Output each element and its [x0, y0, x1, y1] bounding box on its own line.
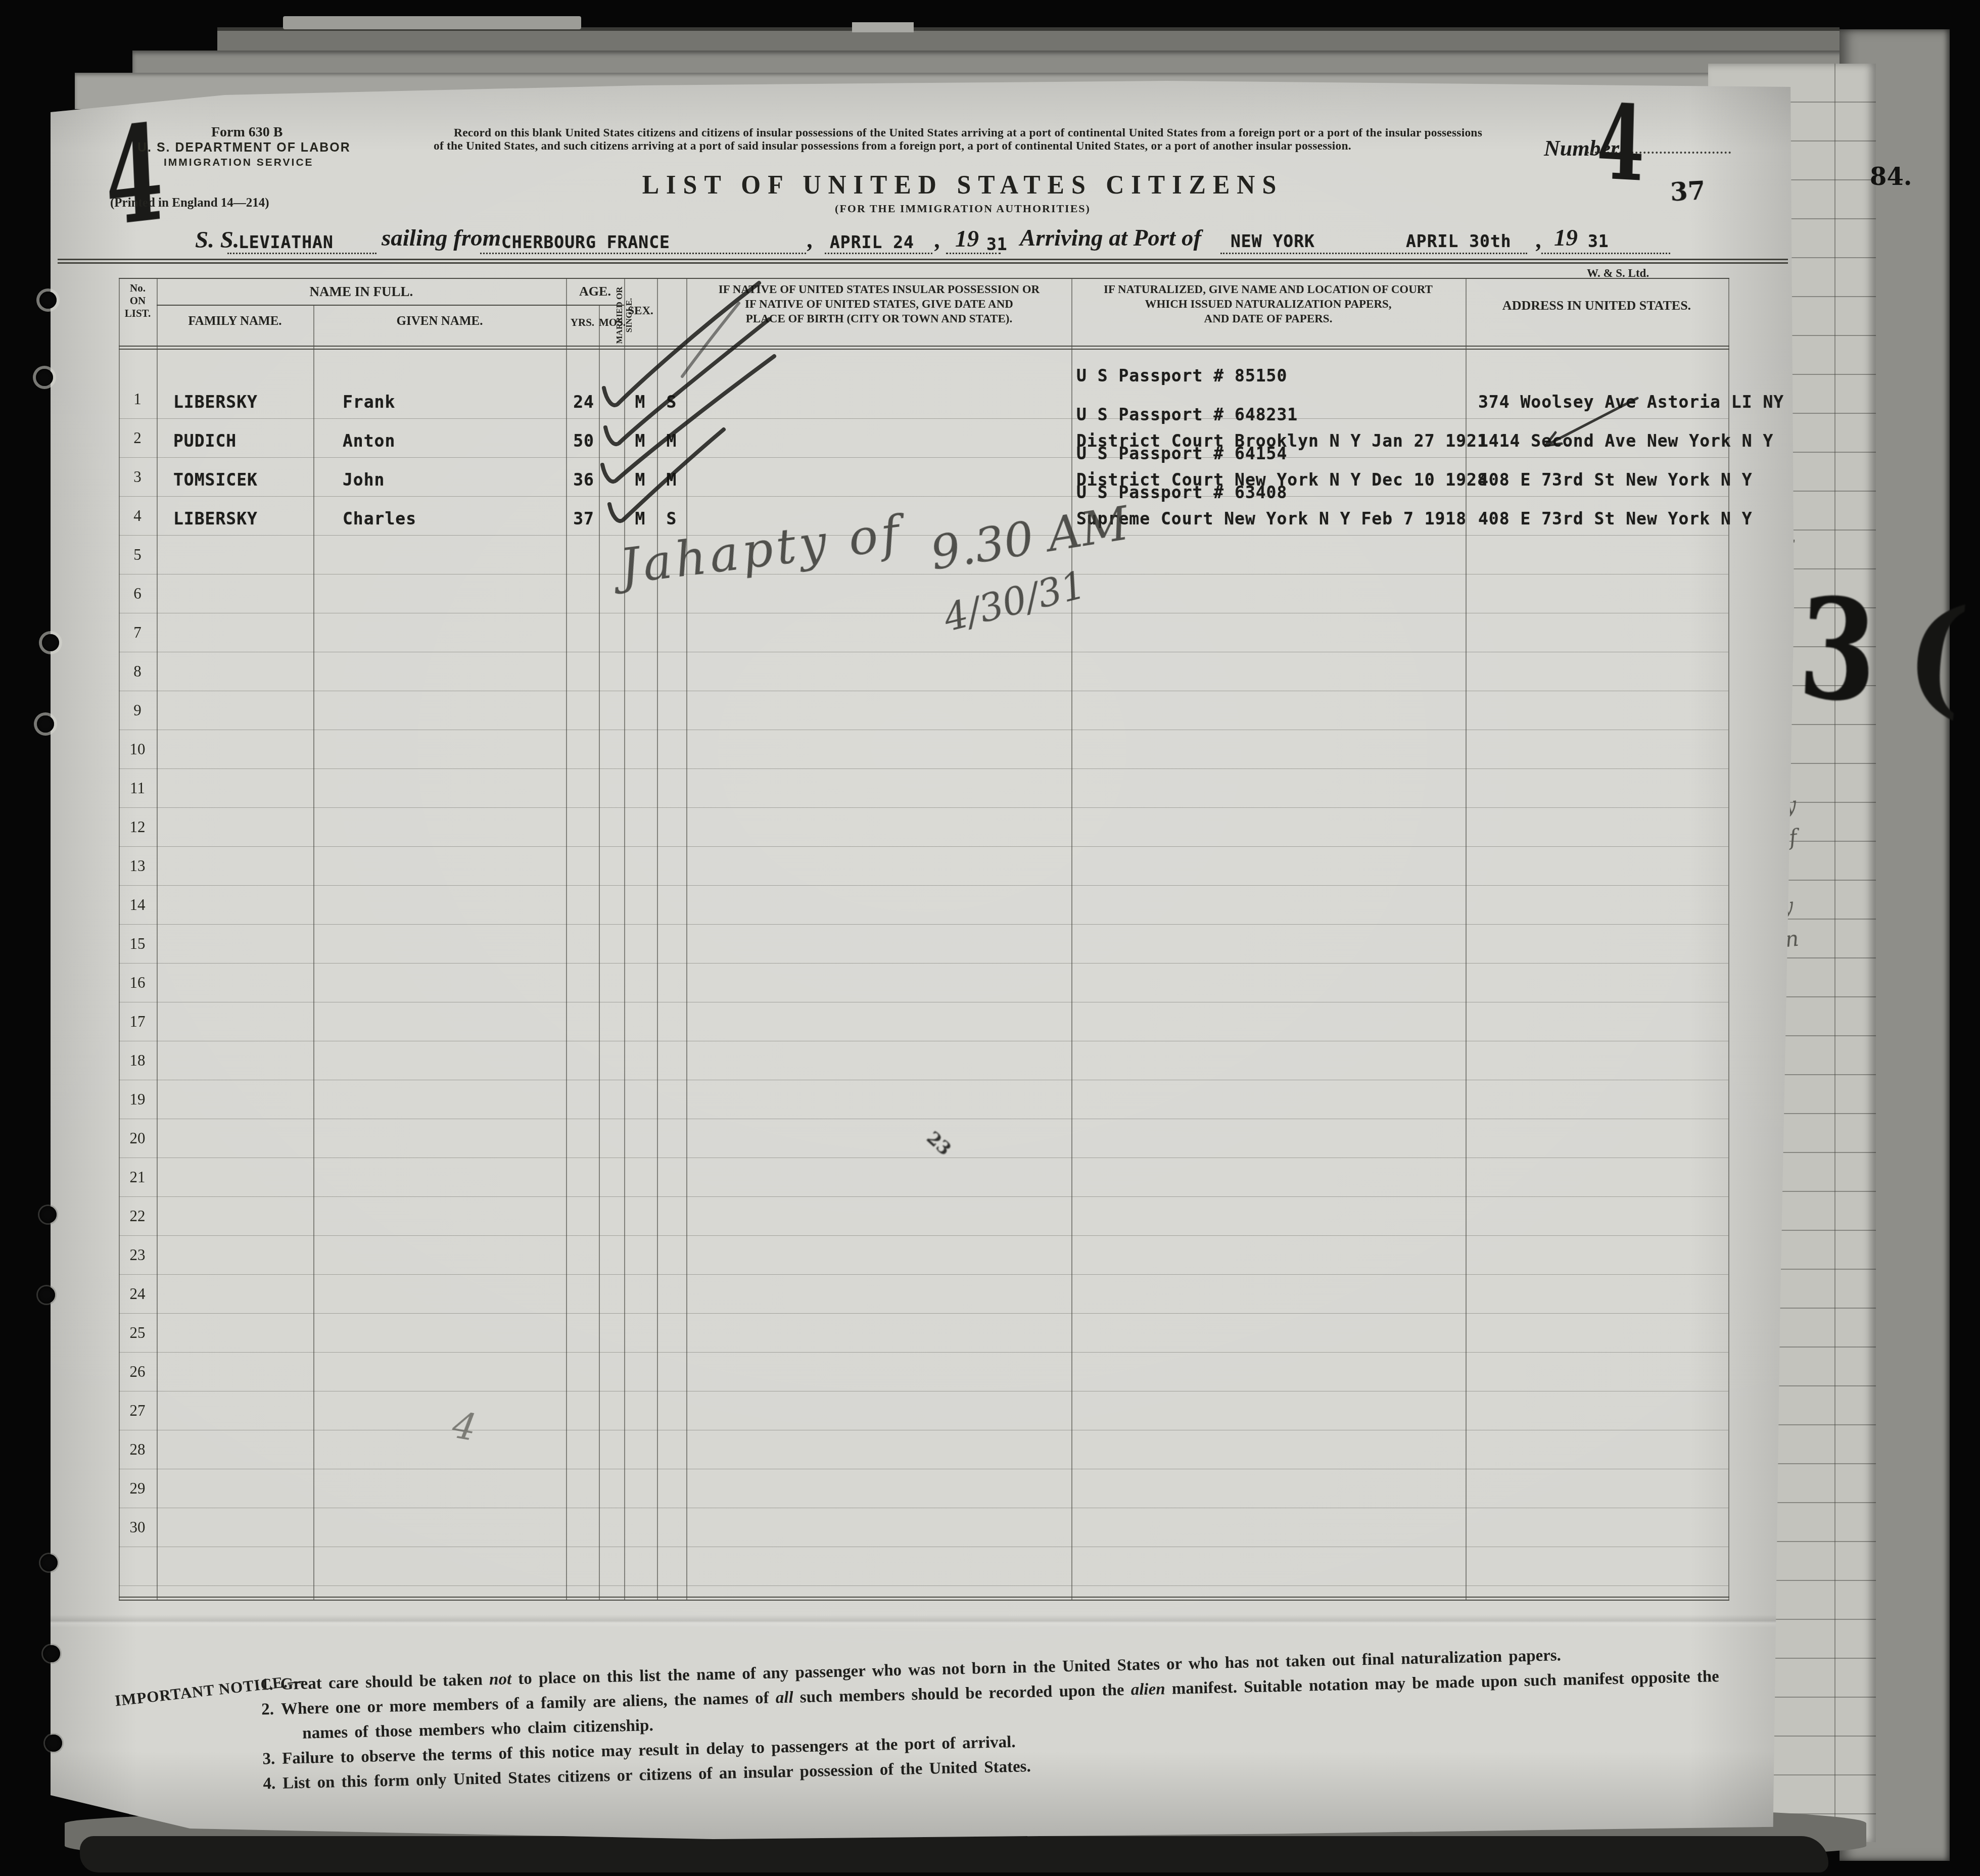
- row-number: 11: [120, 779, 155, 797]
- row-number: 23: [120, 1246, 155, 1264]
- row-number: 4: [120, 507, 155, 525]
- arrival-port: NEW YORK: [1231, 231, 1315, 251]
- row-number: 12: [120, 818, 155, 836]
- row-number: 22: [120, 1207, 155, 1225]
- table-row: 16: [51, 964, 1794, 1002]
- sailing-year: 31: [986, 234, 1008, 254]
- notice-item-number: 2.: [261, 1700, 281, 1719]
- notice-item-text: alien: [1130, 1680, 1165, 1699]
- cell-address: 374 Woolsey Ave Astoria LI NY: [1478, 392, 1784, 412]
- table-row: 2PUDICHAnton50MMU S Passport # 648231Dis…: [51, 419, 1794, 458]
- cell-naturalization-passport: U S Passport # 64154: [1076, 444, 1287, 463]
- table-row: 29: [51, 1469, 1794, 1508]
- cell-given-name: Frank: [343, 392, 395, 412]
- cell-married-single: M: [658, 470, 685, 490]
- voyage-dotted-line: [946, 253, 1001, 254]
- cell-married-single: S: [658, 392, 685, 412]
- service-name: IMMIGRATION SERVICE: [164, 157, 314, 169]
- header-bottom-line-1: [119, 346, 1729, 347]
- punch-hole: [43, 1645, 60, 1662]
- row-number: 1: [120, 390, 155, 408]
- row-number: 26: [120, 1363, 155, 1381]
- row-number: 14: [120, 896, 155, 914]
- row-number: 27: [120, 1402, 155, 1420]
- header-name-in-full: NAME IN FULL.: [157, 284, 566, 300]
- table-row: 10: [51, 730, 1794, 769]
- printed-in-note: (Printed in England 14—214): [110, 196, 269, 210]
- comma-3: ,: [1536, 226, 1542, 254]
- row-number: 17: [120, 1013, 155, 1031]
- table-bottom-line-1: [119, 1597, 1729, 1598]
- cell-married-single: M: [658, 431, 685, 451]
- paper-tab-small: [852, 22, 914, 32]
- arrival-date: APRIL 30th: [1406, 231, 1512, 251]
- cell-married-single: S: [658, 509, 685, 528]
- punch-hole: [36, 369, 53, 386]
- paper-crease: [51, 1615, 1794, 1628]
- year-prefix-sailing: 19: [955, 225, 979, 253]
- row-number: 18: [120, 1051, 155, 1070]
- header-naturalized: IF NATURALIZED, GIVE NAME AND LOCATION O…: [1072, 282, 1464, 326]
- important-notice-items: 1.Great care should be taken not to plac…: [114, 1639, 1772, 1800]
- row-number: 24: [120, 1285, 155, 1303]
- table-row: 22: [51, 1197, 1794, 1236]
- ship-name: LEVIATHAN: [239, 232, 334, 252]
- department-name: U. S. DEPARTMENT OF LABOR: [137, 140, 351, 155]
- cell-family-name: LIBERSKY: [173, 509, 258, 528]
- row-number: 13: [120, 857, 155, 875]
- table-row: 11: [51, 769, 1794, 808]
- cell-sex: M: [626, 509, 654, 528]
- table-row: 6: [51, 574, 1794, 613]
- cell-naturalization-court: Supreme Court New York N Y Feb 7 1918: [1076, 509, 1467, 528]
- voyage-dotted-line: [480, 253, 806, 254]
- neighbor-page-number-stamp: 84.: [1870, 167, 1912, 187]
- notice-item-text: such members should be recorded upon the: [793, 1681, 1131, 1707]
- form-subtitle: (FOR THE IMMIGRATION AUTHORITIES): [556, 202, 1370, 215]
- table-row: 24: [51, 1275, 1794, 1314]
- punch-hole: [38, 1286, 55, 1304]
- row-number: 15: [120, 935, 155, 953]
- row-number: 21: [120, 1168, 155, 1186]
- notice-item-text: Great care should be taken: [280, 1670, 489, 1693]
- sailing-date: APRIL 24: [830, 232, 914, 252]
- form-number: Form 630 B: [211, 124, 283, 140]
- table-row: 5: [51, 536, 1794, 574]
- header-native-birth: IF NATIVE OF UNITED STATES INSULAR POSSE…: [688, 282, 1070, 326]
- paper-tab: [283, 16, 581, 29]
- cell-address: 408 E 73rd St New York N Y: [1478, 509, 1753, 528]
- paper-stack-shadow-bottom: [80, 1836, 1828, 1872]
- heavy-rule-bottom: [58, 262, 1788, 264]
- notice-item-text: not: [489, 1670, 512, 1689]
- punch-hole: [39, 1206, 57, 1223]
- manifest-sheet: 4 Form 630 B U. S. DEPARTMENT OF LABOR I…: [51, 81, 1794, 1839]
- cell-family-name: LIBERSKY: [173, 392, 258, 412]
- table-row: 19: [51, 1080, 1794, 1119]
- table-row: 21: [51, 1158, 1794, 1197]
- header-yrs: YRS.: [566, 316, 599, 329]
- cell-age-yrs: 36: [569, 470, 598, 490]
- row-number: 16: [120, 974, 155, 992]
- ruled-page-vertical-line: [1834, 64, 1835, 1842]
- cell-address: 408 E 73rd St New York N Y: [1478, 470, 1753, 490]
- cell-given-name: Anton: [343, 431, 395, 451]
- important-notice: IMPORTANT NOTICE.— 1.Great care should b…: [114, 1639, 1772, 1800]
- sheet-number-stamp-left: 4: [103, 116, 165, 234]
- table-row: 9: [51, 691, 1794, 730]
- header-bottom-line-2: [119, 349, 1729, 350]
- cell-age-yrs: 24: [569, 392, 598, 412]
- row-number: 7: [120, 623, 155, 642]
- cell-age-yrs: 50: [569, 431, 598, 451]
- voyage-dotted-line: [1220, 253, 1527, 254]
- header-address: ADDRESS IN UNITED STATES.: [1467, 298, 1727, 313]
- sailing-from-label: sailing from: [382, 224, 501, 252]
- year-prefix-arrival: 19: [1554, 224, 1578, 252]
- row-number: 8: [120, 662, 155, 681]
- header-given-name: GIVEN NAME.: [313, 314, 566, 328]
- header-family-name: FAMILY NAME.: [157, 314, 313, 328]
- cell-naturalization-passport: U S Passport # 85150: [1076, 366, 1287, 386]
- punch-hole: [40, 1554, 58, 1571]
- cell-naturalization-passport: U S Passport # 648231: [1076, 405, 1298, 424]
- table-row: 12: [51, 808, 1794, 847]
- cell-given-name: John: [343, 470, 385, 490]
- table-row: 8: [51, 652, 1794, 691]
- comma-1: ,: [808, 226, 814, 254]
- cell-sex: M: [626, 470, 654, 490]
- notice-item-text: all: [775, 1689, 793, 1707]
- row-number: 3: [120, 468, 155, 486]
- heavy-rule-top: [58, 259, 1788, 260]
- table-row: 20: [51, 1119, 1794, 1158]
- cell-sex: M: [626, 392, 654, 412]
- table-row: 4LIBERSKYCharles37MSU S Passport # 63408…: [51, 497, 1794, 536]
- comma-2: ,: [935, 226, 941, 254]
- form-title: LIST OF UNITED STATES CITIZENS: [556, 169, 1370, 200]
- cell-address: 1414 Second Ave New York N Y: [1478, 431, 1773, 451]
- voyage-dotted-line: [227, 253, 376, 254]
- row-number: 2: [120, 429, 155, 447]
- table-row: 30: [51, 1508, 1794, 1547]
- punch-hole: [42, 634, 59, 651]
- table-row: 17: [51, 1002, 1794, 1041]
- row-number: 25: [120, 1324, 155, 1342]
- punch-hole: [45, 1735, 62, 1752]
- table-row: 15: [51, 925, 1794, 964]
- table-row: 27: [51, 1391, 1794, 1430]
- row-number: 10: [120, 740, 155, 758]
- cell-given-name: Charles: [343, 509, 416, 528]
- table-row: 14: [51, 886, 1794, 925]
- row-number: 20: [120, 1129, 155, 1147]
- punch-hole: [37, 715, 54, 733]
- row-number: 5: [120, 546, 155, 564]
- row-number: 6: [120, 585, 155, 603]
- table-row: 25: [51, 1314, 1794, 1353]
- cell-age-yrs: 37: [569, 509, 598, 528]
- departure-port: CHERBOURG FRANCE: [501, 232, 670, 252]
- table-bottom-line-2: [119, 1600, 1729, 1601]
- notice-item-number: 4.: [263, 1774, 283, 1793]
- table-row: 13: [51, 847, 1794, 886]
- table-row: 1LIBERSKYFrank24MSU S Passport # 8515037…: [51, 380, 1794, 419]
- scanned-manifest-page: { "form": { "form_no": "Form 630 B", "de…: [0, 0, 1980, 1876]
- table-row: 26: [51, 1353, 1794, 1391]
- margin-ink-mark-paren: (: [1901, 597, 1972, 711]
- header-married-or-single: MARRIED OR SINGLE.: [615, 282, 681, 349]
- table-top-border: [119, 278, 1729, 279]
- cell-family-name: PUDICH: [173, 431, 237, 451]
- row-number: 29: [120, 1479, 155, 1498]
- notice-item-number: 3.: [262, 1750, 282, 1768]
- row-number: 19: [120, 1090, 155, 1109]
- page-number-stamp: 37: [1670, 180, 1706, 203]
- punch-hole: [39, 292, 57, 309]
- table-row: 18: [51, 1041, 1794, 1080]
- ss-label: S. S.: [195, 226, 240, 254]
- arrival-year: 31: [1588, 231, 1609, 251]
- cell-family-name: TOMSICEK: [173, 470, 258, 490]
- row-number: 9: [120, 701, 155, 719]
- row-number: 30: [120, 1518, 155, 1536]
- table-subheader-line: [157, 305, 624, 306]
- margin-ink-mark-3: 3: [1797, 589, 1879, 711]
- manifest-number-stamp: 4: [1596, 98, 1645, 188]
- arriving-label: Arriving at Port of: [1020, 224, 1201, 252]
- table-row: 3TOMSICEKJohn36MMU S Passport # 64154Dis…: [51, 458, 1794, 497]
- header-no-on-list: No. ON LIST.: [119, 282, 157, 320]
- voyage-dotted-line: [825, 253, 932, 254]
- table-row: 23: [51, 1236, 1794, 1275]
- row-number: 28: [120, 1440, 155, 1459]
- cell-sex: M: [626, 431, 654, 451]
- table-row: 7: [51, 613, 1794, 652]
- voyage-dotted-line: [1541, 253, 1670, 254]
- table-row: 28: [51, 1430, 1794, 1469]
- form-instructions: Record on this blank United States citiz…: [434, 126, 1482, 153]
